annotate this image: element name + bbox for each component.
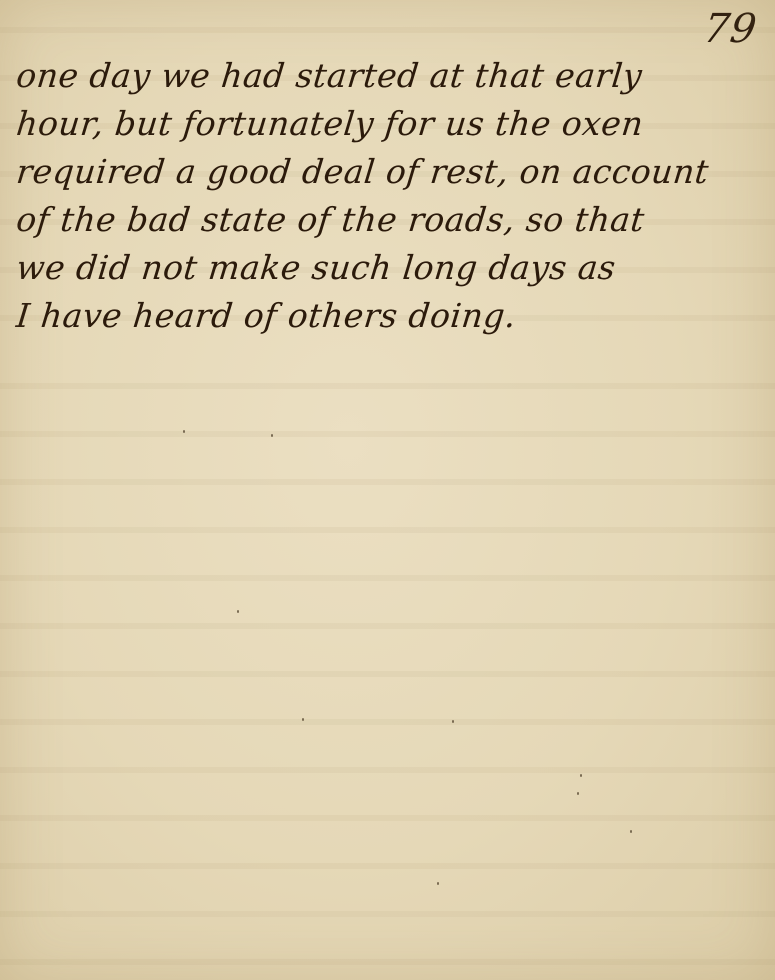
page-number: 79 xyxy=(701,6,760,52)
ink-speck xyxy=(580,774,582,777)
ink-speck xyxy=(437,882,439,885)
ink-speck xyxy=(452,720,454,723)
manuscript-page: 79 one day we had started at that early … xyxy=(0,0,775,980)
ink-speck xyxy=(630,830,632,833)
text-line: required a good deal of rest, on account xyxy=(14,148,775,196)
ink-speck xyxy=(183,430,185,433)
text-line: of the bad state of the roads, so that xyxy=(14,196,775,244)
text-line: one day we had started at that early xyxy=(14,52,775,100)
ink-speck xyxy=(271,434,273,437)
text-line: hour, but fortunately for us the oxen xyxy=(14,100,775,148)
ink-speck xyxy=(237,610,239,613)
text-line: I have heard of others doing. xyxy=(14,292,775,340)
ink-speck xyxy=(302,718,304,721)
handwritten-text-block: one day we had started at that early hou… xyxy=(14,52,774,340)
text-line: we did not make such long days as xyxy=(14,244,775,292)
ink-speck xyxy=(577,792,579,795)
